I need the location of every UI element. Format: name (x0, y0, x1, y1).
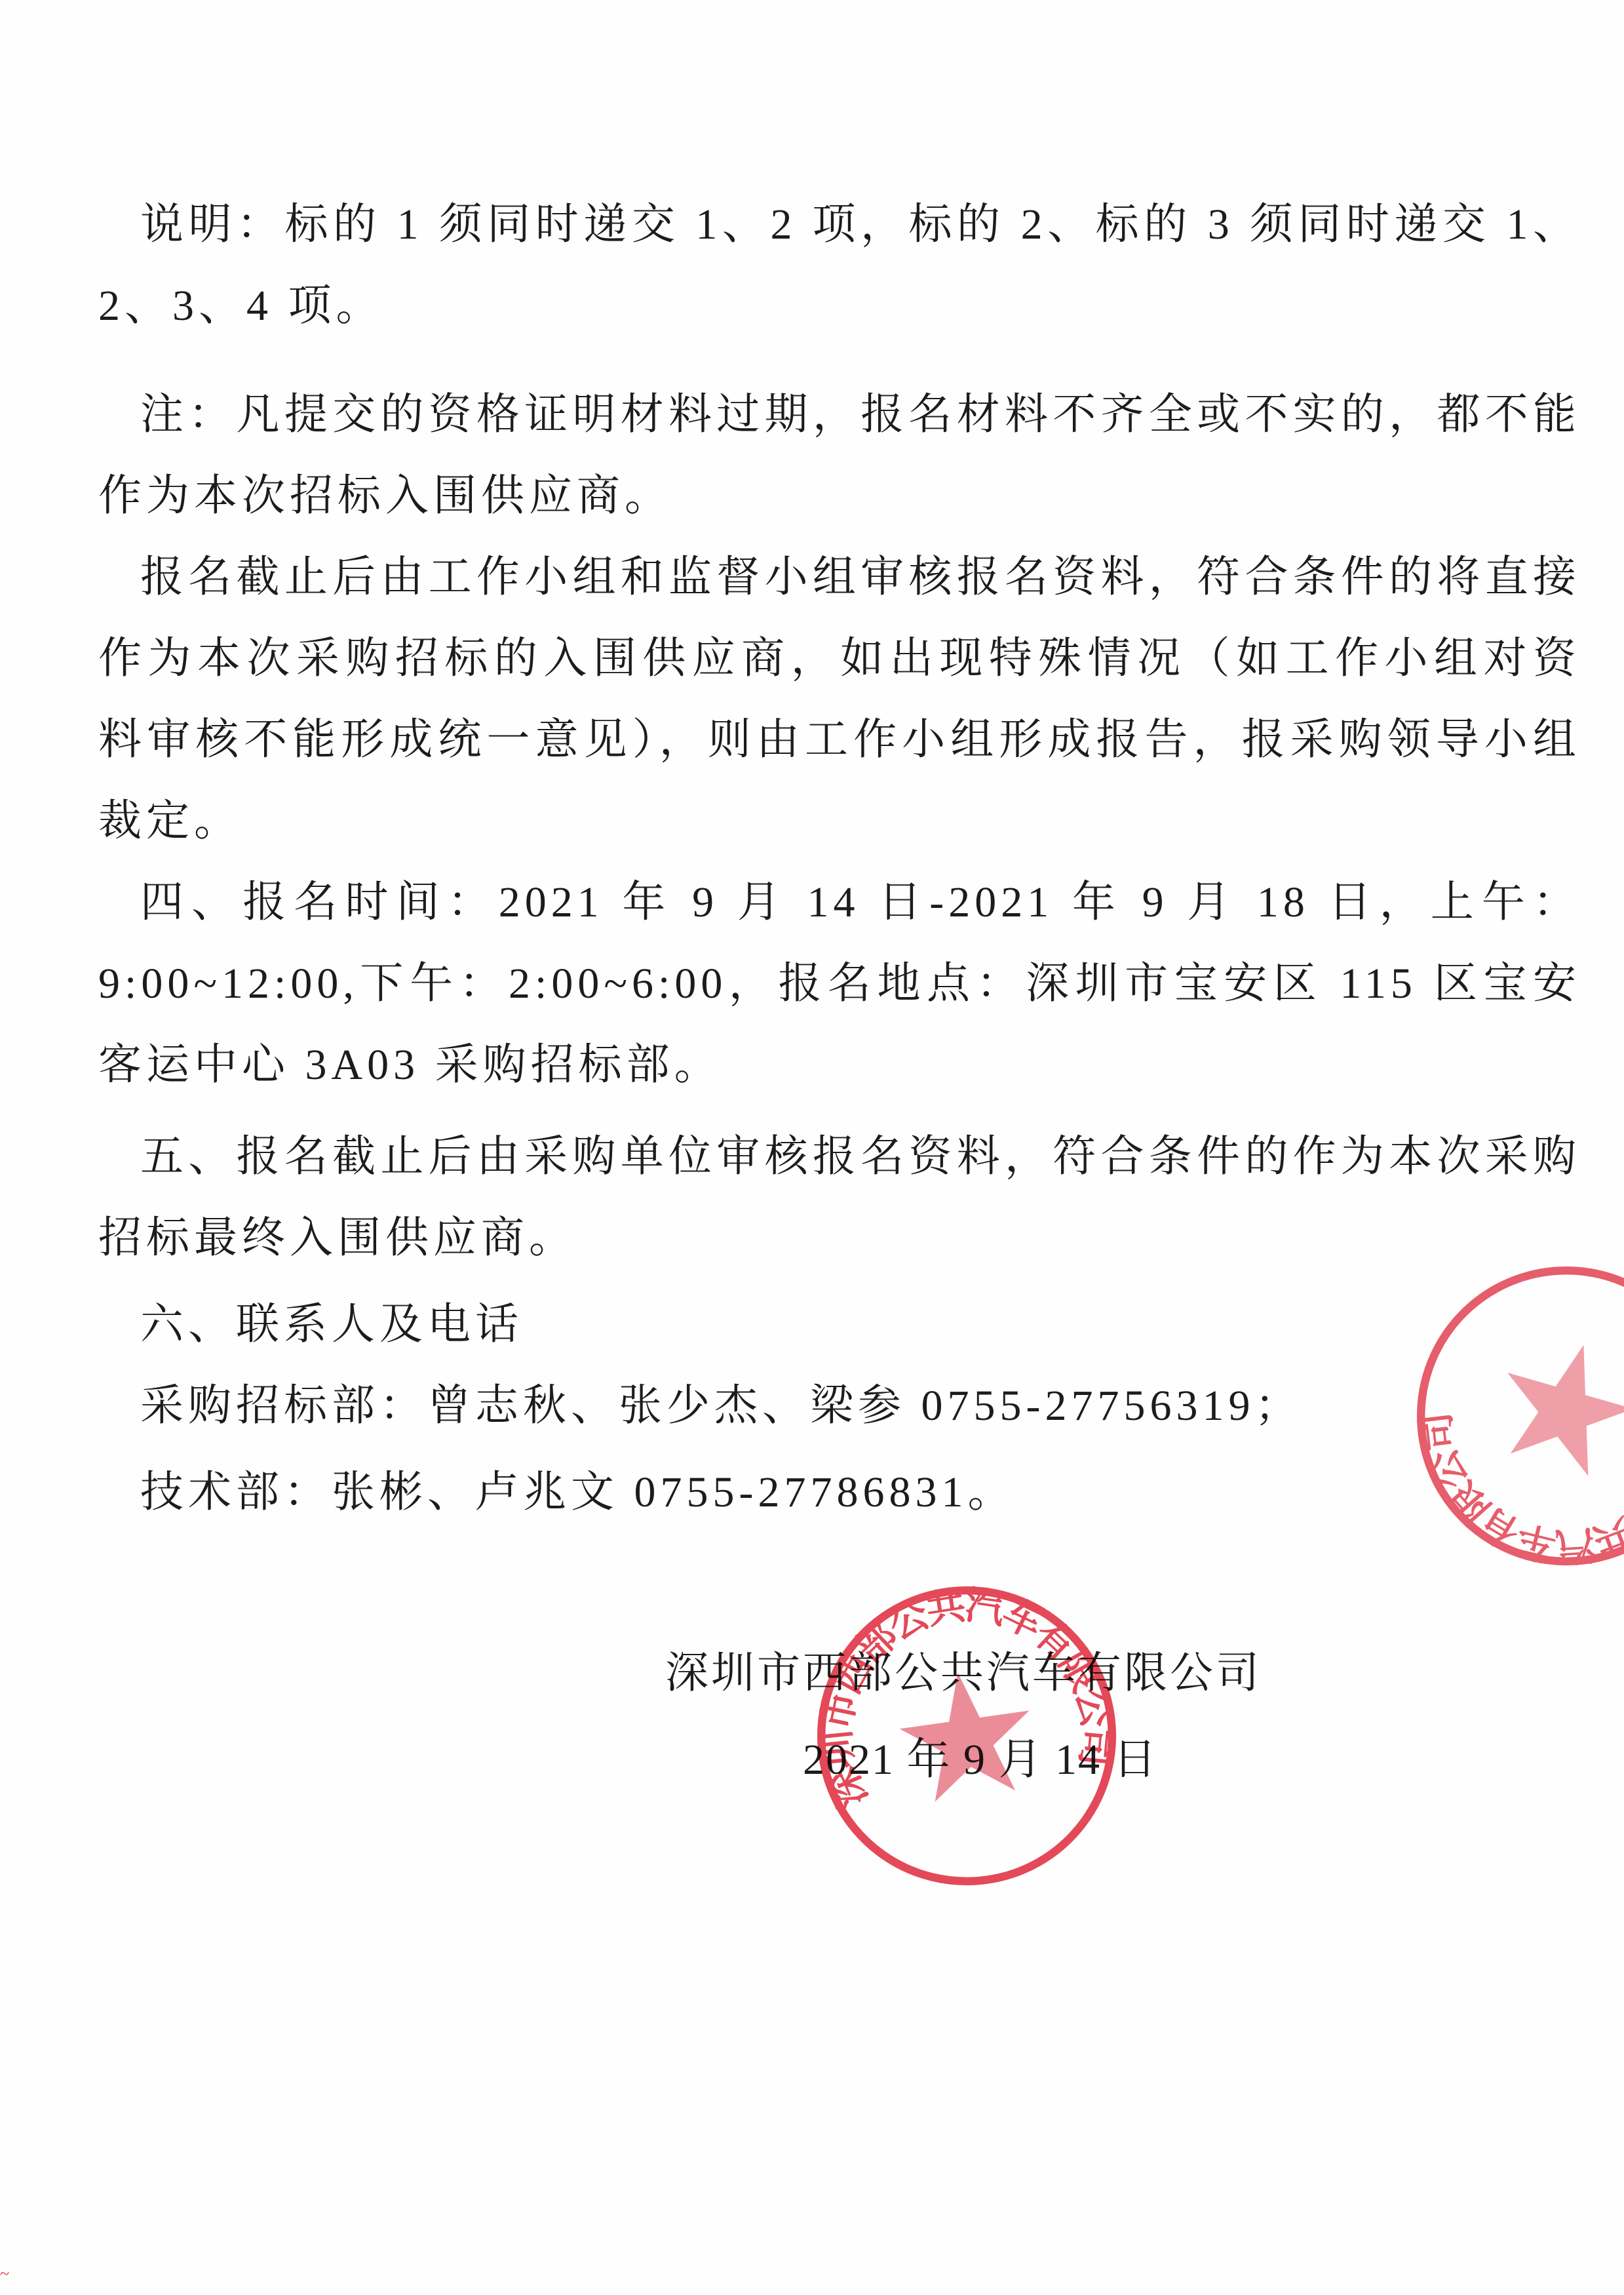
document-body: 说明：标的 1 须同时递交 1、2 项，标的 2、标的 3 须同时递交 1、2、… (98, 184, 1581, 1533)
paragraph-technical-contact: 技术部：张彬、卢兆文 0755-27786831。 (98, 1452, 1581, 1533)
signature-date: 2021 年 9 月 14 日 (803, 1719, 1581, 1801)
signature-company-name: 深圳市西部公共汽车有限公司 (665, 1633, 1581, 1714)
paragraph-instructions: 说明：标的 1 须同时递交 1、2 项，标的 2、标的 3 须同时递交 1、2、… (98, 184, 1581, 347)
document-page: 说明：标的 1 须同时递交 1、2 项，标的 2、标的 3 须同时递交 1、2、… (0, 0, 1624, 2295)
paragraph-note: 注：凡提交的资格证明材料过期，报名材料不齐全或不实的，都不能作为本次招标入围供应… (98, 374, 1581, 537)
paragraph-registration-time: 四、报名时间：2021 年 9 月 14 日-2021 年 9 月 18 日，上… (98, 862, 1581, 1106)
paragraph-contacts-heading: 六、联系人及电话 (98, 1284, 1581, 1365)
paragraph-final-shortlist: 五、报名截止后由采购单位审核报名资料，符合条件的作为本次采购招标最终入围供应商。 (98, 1116, 1581, 1279)
scan-artifact-mark: ~ (0, 2269, 17, 2295)
paragraph-review-process: 报名截止后由工作小组和监督小组审核报名资料，符合条件的将直接作为本次采购招标的入… (98, 537, 1581, 862)
signature-block: 深圳市西部公共汽车有限公司 2021 年 9 月 14 日 (98, 1633, 1581, 1801)
paragraph-procurement-contact: 采购招标部：曾志秋、张少杰、梁参 0755-27756319； (98, 1365, 1581, 1447)
